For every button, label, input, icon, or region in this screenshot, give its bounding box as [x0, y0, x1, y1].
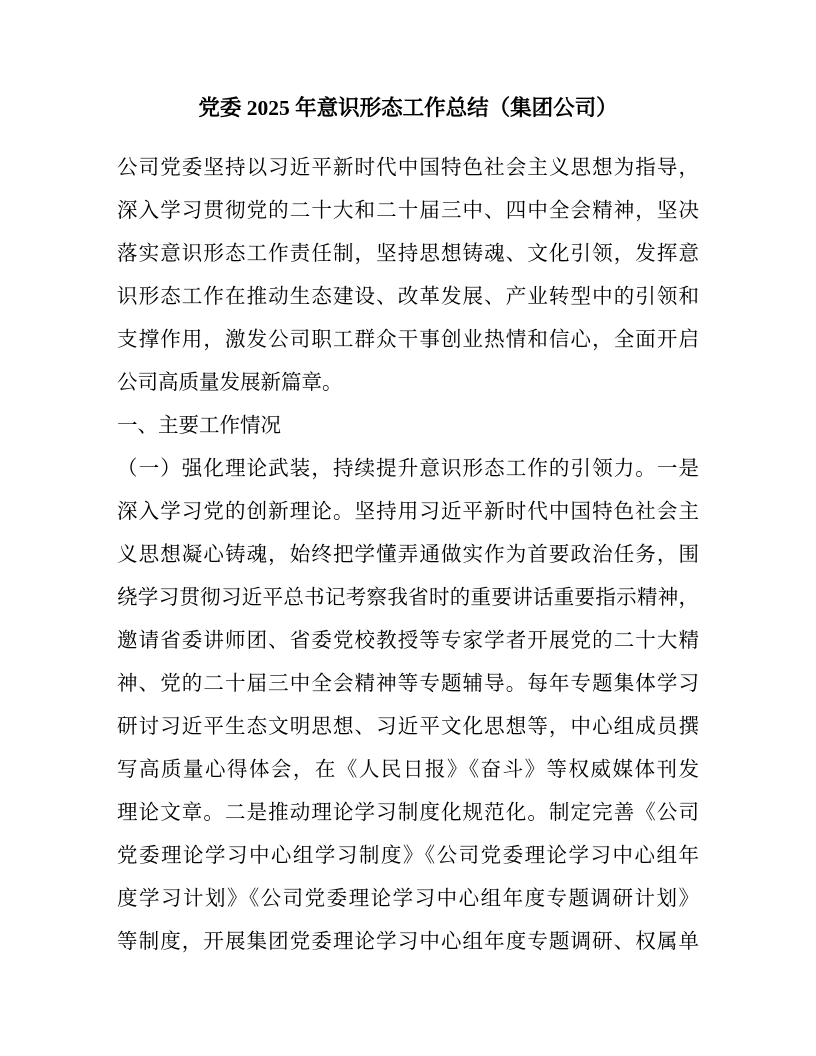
text-line: 公司党委坚持以习近平新时代中国特色社会主义思想为指导， [117, 147, 699, 190]
text-line: 理论文章。二是推动理论学习制度化规范化。制定完善《公司 [117, 792, 699, 835]
text-line: 支撑作用，激发公司职工群众干事创业热情和信心，全面开启 [117, 319, 699, 362]
text-line: 写高质量心得体会，在《人民日报》《奋斗》等权威媒体刊发 [117, 749, 699, 792]
text-line: 落实意识形态工作责任制，坚持思想铸魂、文化引领，发挥意 [117, 233, 699, 276]
text-line: 义思想凝心铸魂，始终把学懂弄通做实作为首要政治任务，围 [117, 534, 699, 577]
document-page: 党委 2025 年意识形态工作总结（集团公司） 公司党委坚持以习近平新时代中国特… [0, 0, 816, 1056]
text-line: （一）强化理论武装，持续提升意识形态工作的引领力。一是 [117, 448, 699, 491]
text-line: 等制度，开展集团党委理论学习中心组年度专题调研、权属单 [117, 921, 699, 964]
section-heading-1: 一、主要工作情况 [117, 405, 699, 448]
text-line: 邀请省委讲师团、省委党校教授等专家学者开展党的二十大精 [117, 620, 699, 663]
text-line: 深入学习贯彻党的二十大和二十届三中、四中全会精神，坚决 [117, 190, 699, 233]
text-line: 深入学习党的创新理论。坚持用习近平新时代中国特色社会主 [117, 491, 699, 534]
text-line: 绕学习贯彻习近平总书记考察我省时的重要讲话重要指示精神， [117, 577, 699, 620]
text-line: 度学习计划》《公司党委理论学习中心组年度专题调研计划》 [117, 878, 699, 921]
text-line: 神、党的二十届三中全会精神等专题辅导。每年专题集体学习 [117, 663, 699, 706]
text-line: 识形态工作在推动生态建设、改革发展、产业转型中的引领和 [117, 276, 699, 319]
document-title: 党委 2025 年意识形态工作总结（集团公司） [117, 87, 699, 130]
text-line: 研讨习近平生态文明思想、习近平文化思想等，中心组成员撰 [117, 706, 699, 749]
paragraph-2: （一）强化理论武装，持续提升意识形态工作的引领力。一是 深入学习党的创新理论。坚… [117, 448, 699, 964]
paragraph-1: 公司党委坚持以习近平新时代中国特色社会主义思想为指导， 深入学习贯彻党的二十大和… [117, 147, 699, 405]
text-line: 公司高质量发展新篇章。 [117, 362, 699, 405]
text-line: 党委理论学习中心组学习制度》《公司党委理论学习中心组年 [117, 835, 699, 878]
document-content: 党委 2025 年意识形态工作总结（集团公司） 公司党委坚持以习近平新时代中国特… [117, 87, 699, 964]
